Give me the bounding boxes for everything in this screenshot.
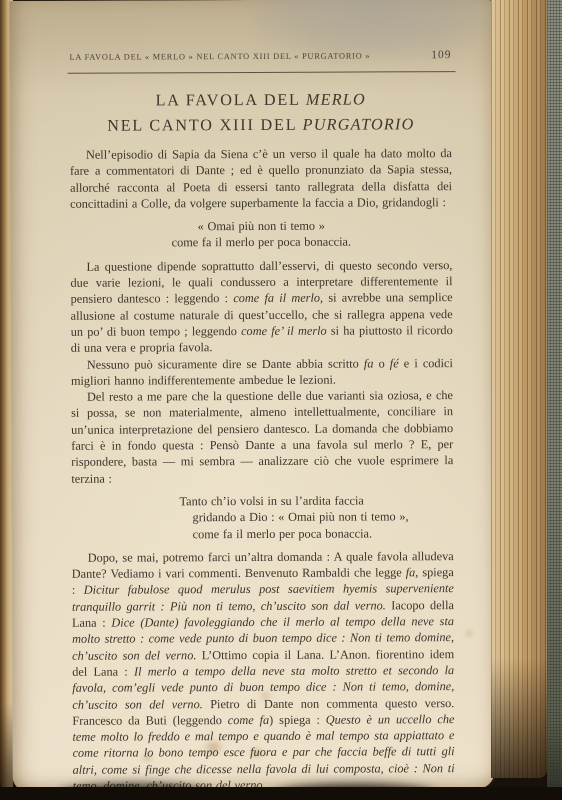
paragraph: Nell’episodio di Sapia da Siena c’è un v… [70,145,452,212]
page-number: 109 [431,49,451,61]
body-text: gridando a Dio : « Omai più non ti temo … [193,510,409,525]
paragraph: La questione dipende soprattutto dall’es… [70,257,452,356]
body-text: « Omai più non ti temo » [198,219,325,234]
verse-block: Tanto ch’io volsi in su l’ardita facciag… [179,492,453,542]
body-text: come fa il merlo per poca bonaccia. [193,526,372,541]
verse-line: come fa il merlo per poca bonaccia. [193,525,454,542]
title-text: LA FAVOLA DEL [156,91,306,110]
page-text: Nell’episodio di Sapia da Siena c’è un v… [70,145,455,794]
running-header: LA FAVOLA DEL « MERLO » NEL CANTO XIII D… [69,49,451,63]
paragraph: Nessuno può sicuramente dire se Dante ab… [71,355,453,389]
bottom-shadow [0,787,562,800]
body-text: Tanto ch’io volsi in su l’ardita faccia [179,493,363,508]
italic-text: fa [406,565,416,579]
printed-page-content: LA FAVOLA DEL « MERLO » NEL CANTO XIII D… [9,0,494,791]
chapter-title: LA FAVOLA DEL MERLO NEL CANTO XIII DEL P… [70,87,452,139]
title-italic-word: PURGATORIO [303,115,415,133]
verse-line: gridando a Dio : « Omai più non ti temo … [192,508,453,525]
body-text: Del resto a me pare che la questione del… [71,388,453,485]
book-photo: LA FAVOLA DEL « MERLO » NEL CANTO XIII D… [0,0,562,800]
paragraph: Dopo, se mai, potremo farci un’altra dom… [72,548,455,794]
book-page: LA FAVOLA DEL « MERLO » NEL CANTO XIII D… [9,0,494,791]
paragraph: Del resto a me pare che la questione del… [71,387,453,486]
italic-text: fé [390,356,399,370]
page-edges [491,0,547,778]
title-text: NEL CANTO XIII DEL [107,116,303,135]
body-text: come fa il merlo per poca bonaccia. [172,235,351,250]
italic-text: fa [364,356,374,370]
verse-line: « Omai più non ti temo » [70,217,452,235]
body-text: Dopo, se mai, potremo farci un’altra dom… [72,549,454,581]
italic-text: come fe’ il merlo [241,324,327,338]
verse-block: « Omai più non ti temo »come fa il merlo… [70,217,452,251]
italic-text: come fa [228,713,269,727]
chapter-title-line1: LA FAVOLA DEL MERLO [70,87,452,114]
verse-line: Tanto ch’io volsi in su l’ardita faccia [179,492,453,509]
header-rule [68,71,456,74]
body-text: o [373,356,389,370]
italic-text: come fa il merlo [233,291,320,305]
body-text: Nell’episodio di Sapia da Siena c’è un v… [70,146,452,211]
book-cover-cloth [547,0,562,800]
title-italic-word: MERLO [306,91,366,109]
running-header-title: LA FAVOLA DEL « MERLO » NEL CANTO XIII D… [70,51,371,61]
body-text: Nessuno può sicuramente dire se Dante ab… [87,356,364,371]
body-text: ) spiega : [269,712,326,726]
chapter-title-line2: NEL CANTO XIII DEL PURGATORIO [70,112,452,139]
verse-line: come fa il merlo per poca bonaccia. [70,234,452,252]
